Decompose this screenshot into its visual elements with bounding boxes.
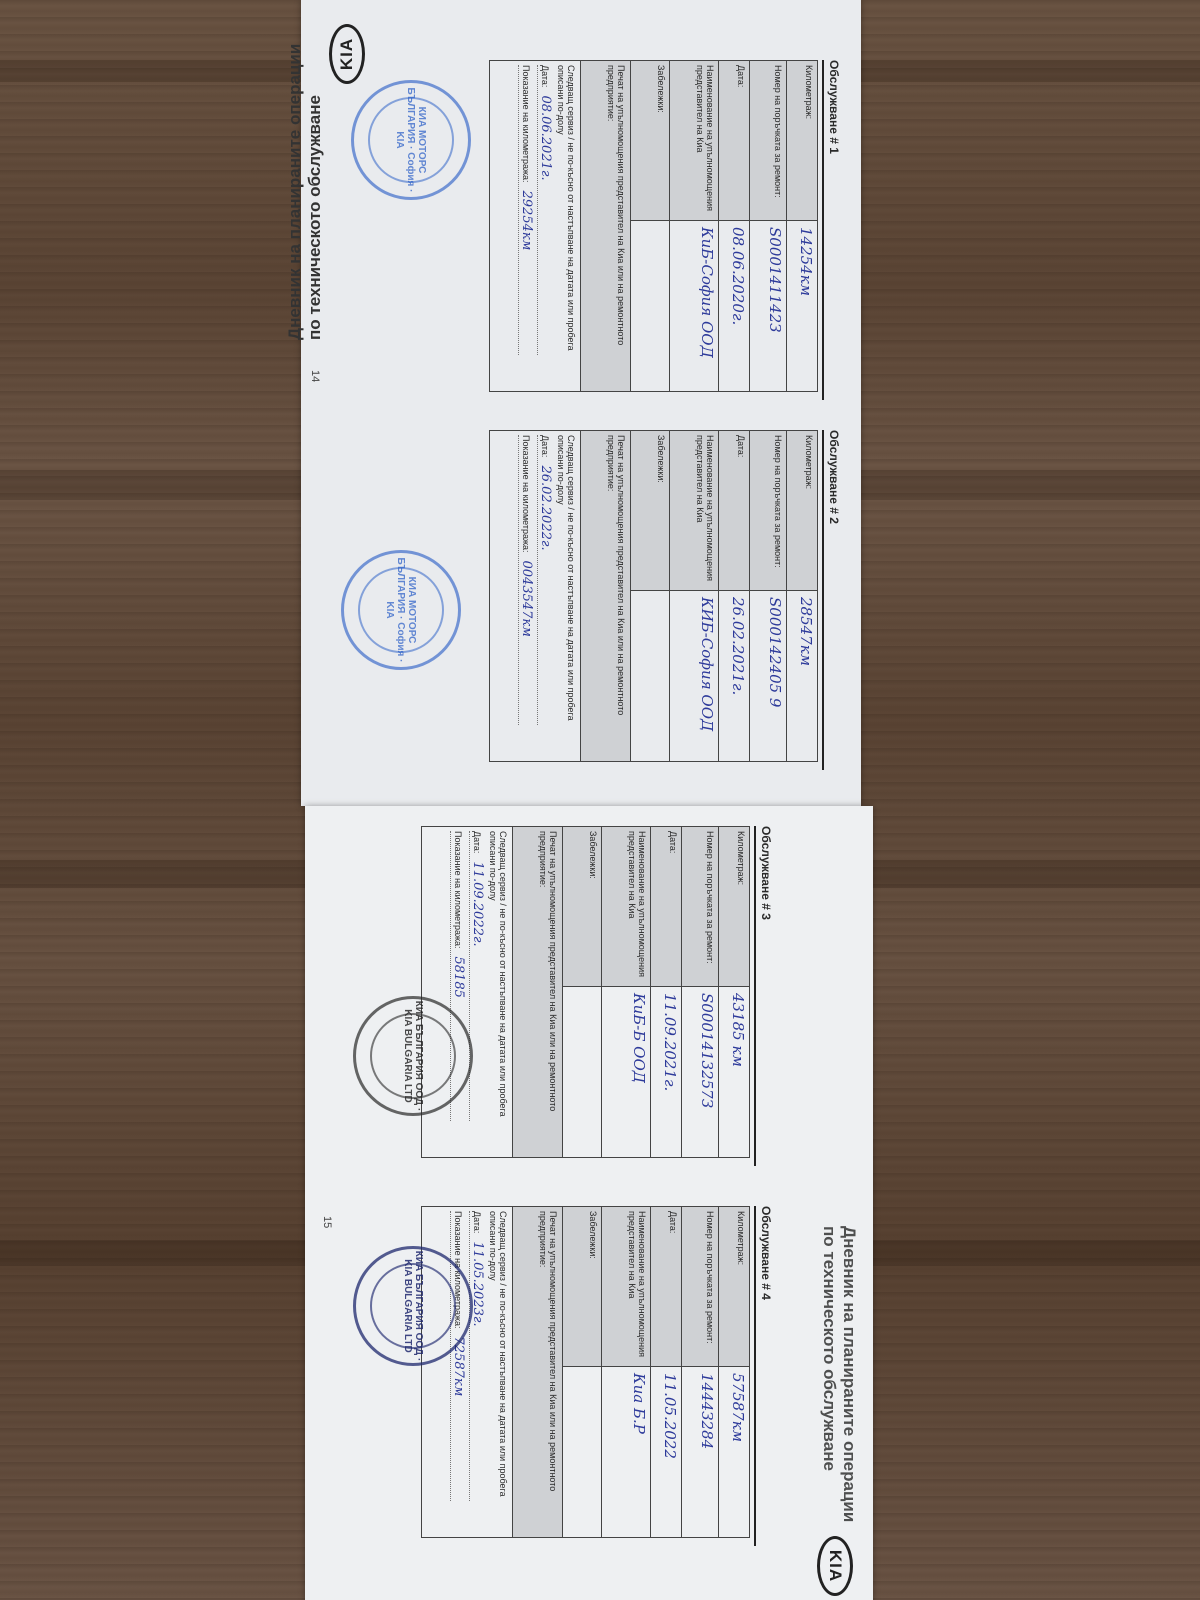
booklet-page-14: KIA Дневник на планираните операции по т…: [301, 0, 861, 806]
label-date: Дата:: [651, 1207, 681, 1367]
label-next-odometer: Показание на километража:: [453, 831, 463, 949]
value-mileage: 28547км: [787, 591, 817, 761]
service-title: Обслужване # 4: [754, 1206, 773, 1546]
label-next-service: Следващ сервиз / не по-късно от настъпва…: [488, 831, 508, 1153]
value-dealer: КиБ-София ООД: [670, 221, 718, 391]
dealer-stamp: КИА МОТОРС БЪЛГАРИЯ · София · KIA: [341, 550, 461, 670]
label-notes: Забележки:: [631, 61, 669, 221]
label-next-date: Дата:: [540, 65, 550, 87]
page-header: Дневник на планираните операции по техни…: [285, 10, 325, 340]
value-next-odometer: 0043547км: [519, 561, 534, 637]
value-notes: [631, 591, 669, 761]
value-date: 26.02.2021г.: [719, 591, 749, 761]
service-form: Километраж:57587км Номер на поръчката за…: [421, 1206, 750, 1538]
label-date: Дата:: [719, 61, 749, 221]
label-stamp: Печат на упълномощения представител на К…: [580, 431, 630, 761]
value-dealer: КИБ-София ООД: [670, 591, 718, 761]
label-mileage: Километраж:: [719, 1207, 749, 1367]
value-next-odometer: 58185: [451, 957, 466, 998]
label-stamp: Печат на упълномощения представител на К…: [580, 61, 630, 391]
service-entry-1: Обслужване # 1 Километраж:14254км Номер …: [489, 60, 841, 420]
booklet-page-15: Обслужване # 3 Километраж:43185 км Номер…: [305, 806, 873, 1600]
service-entry-4: Обслужване # 4 Километраж:57587км Номер …: [421, 1206, 773, 1566]
value-notes: [563, 1367, 601, 1537]
label-next-odometer: Показание на километража:: [521, 435, 531, 553]
label-stamp: Печат на упълномощения представител на К…: [512, 827, 562, 1157]
value-date: 11.09.2021г.: [651, 987, 681, 1157]
page-number: 14: [309, 370, 321, 382]
label-next-date: Дата:: [540, 435, 550, 457]
service-form: Километраж:43185 км Номер на поръчката з…: [421, 826, 750, 1158]
label-next-service: Следващ сервиз / не по-късно от настъпва…: [556, 65, 576, 387]
label-order-no: Номер на поръчката за ремонт:: [750, 431, 786, 591]
label-order-no: Номер на поръчката за ремонт:: [682, 827, 718, 987]
dealer-stamp: КИА МОТОРС БЪЛГАРИЯ · София · KIA: [351, 80, 471, 200]
value-mileage: 14254км: [787, 221, 817, 391]
service-booklet: KIA Дневник на планираните операции по т…: [293, 0, 873, 1600]
value-notes: [563, 987, 601, 1157]
value-date: 11.05.2022: [651, 1367, 681, 1537]
service-title: Обслужване # 1: [822, 60, 841, 400]
label-order-no: Номер на поръчката за ремонт:: [750, 61, 786, 221]
label-next-date: Дата:: [472, 1211, 482, 1233]
value-mileage: 57587км: [719, 1367, 749, 1537]
label-mileage: Километраж:: [787, 61, 817, 221]
label-mileage: Километраж:: [719, 827, 749, 987]
service-form: Километраж:28547км Номер на поръчката за…: [489, 430, 818, 762]
label-next-service: Следващ сервиз / не по-късно от настъпва…: [556, 435, 576, 757]
value-notes: [631, 221, 669, 391]
label-date: Дата:: [719, 431, 749, 591]
label-next-date: Дата:: [472, 831, 482, 853]
label-notes: Забележки:: [631, 431, 669, 591]
kia-logo: KIA: [817, 1536, 853, 1596]
value-order-no: S000142405 9: [750, 591, 786, 761]
value-order-no: 1444З284: [682, 1367, 718, 1537]
page-number: 15: [321, 1216, 333, 1228]
dealer-stamp: КИА БЪЛГАРИЯ ООД · KIA BULGARIA LTD: [353, 996, 473, 1116]
label-notes: Забележки:: [563, 1207, 601, 1367]
label-mileage: Километраж:: [787, 431, 817, 591]
label-dealer: Наименование на упълномощения представит…: [670, 431, 718, 591]
value-order-no: S000141142З: [750, 221, 786, 391]
service-form: Километраж:14254км Номер на поръчката за…: [489, 60, 818, 392]
page-header: Дневник на планираните операции по техни…: [819, 1226, 859, 1526]
next-service-block: Следващ сервиз / не по-късно от настъпва…: [490, 431, 580, 761]
label-dealer: Наименование на упълномощения представит…: [602, 1207, 650, 1367]
label-stamp: Печат на упълномощения представител на К…: [512, 1207, 562, 1537]
value-next-date: 26.02.2022г.: [538, 465, 553, 550]
label-dealer: Наименование на упълномощения представит…: [602, 827, 650, 987]
service-title: Обслужване # 2: [822, 430, 841, 770]
value-date: 08.06.2020г.: [719, 221, 749, 391]
value-dealer: Киа Б.Р: [602, 1367, 650, 1537]
label-date: Дата:: [651, 827, 681, 987]
value-next-date: 08.06.2021г.: [538, 95, 553, 180]
value-dealer: КиБ-Б ООД: [602, 987, 650, 1157]
service-title: Обслужване # 3: [754, 826, 773, 1166]
value-mileage: 43185 км: [719, 987, 749, 1157]
dealer-stamp: КИА БЪЛГАРИЯ ООД · KIA BULGARIA LTD: [353, 1246, 473, 1366]
label-next-service: Следващ сервиз / не по-късно от настъпва…: [488, 1211, 508, 1533]
label-order-no: Номер на поръчката за ремонт:: [682, 1207, 718, 1367]
value-order-no: S0001413257З: [682, 987, 718, 1157]
service-entry-3: Обслужване # 3 Километраж:43185 км Номер…: [421, 826, 773, 1186]
label-next-odometer: Показание на километража:: [521, 65, 531, 183]
label-notes: Забележки:: [563, 827, 601, 987]
kia-logo: KIA: [329, 24, 365, 84]
service-entry-2: Обслужване # 2 Километраж:28547км Номер …: [489, 430, 841, 790]
value-next-odometer: 29254км: [519, 191, 534, 251]
label-dealer: Наименование на упълномощения представит…: [670, 61, 718, 221]
value-next-date: 11.09.2022г.: [470, 861, 485, 946]
next-service-block: Следващ сервиз / не по-късно от настъпва…: [490, 61, 580, 391]
